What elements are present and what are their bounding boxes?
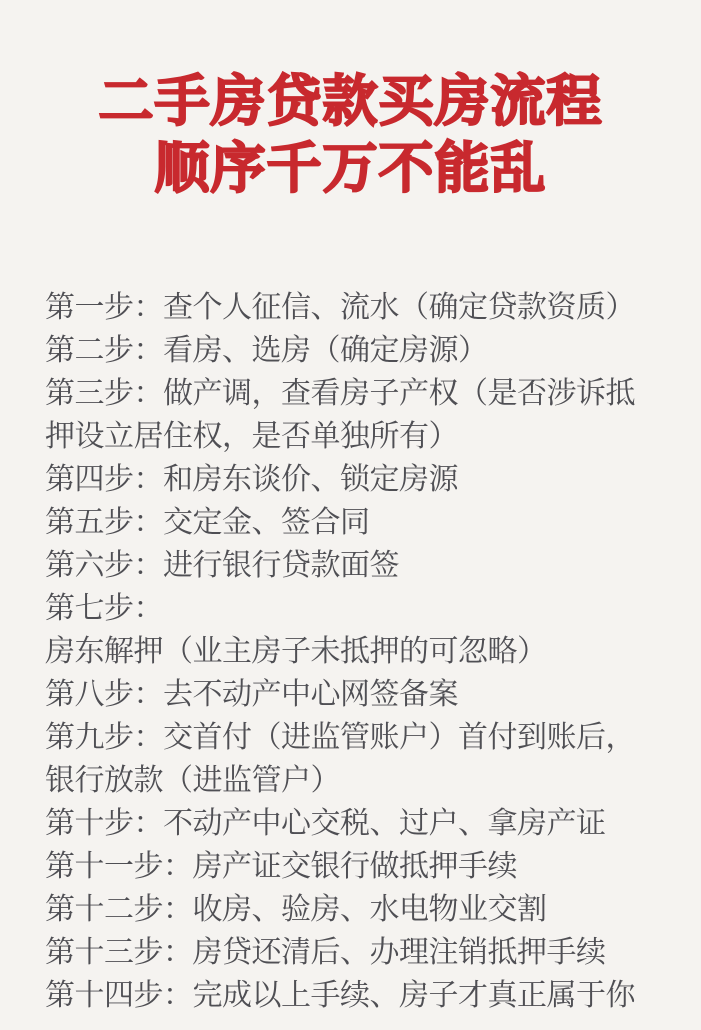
step-item-12: 第十二步：收房、验房、水电物业交割 bbox=[45, 888, 657, 931]
step-label: 第十一步： bbox=[45, 850, 193, 883]
step-item-7: 第七步：房东解押（业主房子未抵押的可忽略） bbox=[45, 587, 657, 673]
step-label: 第十二步： bbox=[45, 893, 193, 926]
step-item-6: 第六步：进行银行贷款面签 bbox=[45, 544, 657, 587]
step-label: 第九步： bbox=[45, 721, 163, 754]
step-text: 和房东谈价、锁定房源 bbox=[163, 463, 458, 496]
step-text: 查个人征信、流水（确定贷款资质） bbox=[163, 291, 635, 324]
step-item-11: 第十一步：房产证交银行做抵押手续 bbox=[45, 845, 657, 888]
step-label: 第十三步： bbox=[45, 936, 193, 969]
step-label: 第六步： bbox=[45, 549, 163, 582]
step-text: 交定金、签合同 bbox=[163, 506, 370, 539]
steps-list: 第一步：查个人征信、流水（确定贷款资质） 第二步：看房、选房（确定房源） 第三步… bbox=[0, 202, 701, 1017]
step-label: 第一步： bbox=[45, 291, 163, 324]
step-text: 完成以上手续、房子才真正属于你 bbox=[193, 979, 636, 1012]
step-item-1: 第一步：查个人征信、流水（确定贷款资质） bbox=[45, 286, 657, 329]
step-text: 房东解押（业主房子未抵押的可忽略） bbox=[45, 635, 547, 668]
step-item-4: 第四步：和房东谈价、锁定房源 bbox=[45, 458, 657, 501]
step-item-13: 第十三步：房贷还清后、办理注销抵押手续 bbox=[45, 931, 657, 974]
step-text: 房产证交银行做抵押手续 bbox=[193, 850, 518, 883]
poster-page: 二手房贷款买房流程 顺序千万不能乱 第一步：查个人征信、流水（确定贷款资质） 第… bbox=[0, 0, 701, 1030]
step-item-8: 第八步：去不动产中心网签备案 bbox=[45, 673, 657, 716]
step-text: 看房、选房（确定房源） bbox=[163, 334, 488, 367]
step-item-3: 第三步：做产调，查看房子产权（是否涉诉抵押设立居住权，是否单独所有） bbox=[45, 372, 657, 458]
step-label: 第十步： bbox=[45, 807, 163, 840]
step-item-2: 第二步：看房、选房（确定房源） bbox=[45, 329, 657, 372]
title-line-2: 顺序千万不能乱 bbox=[0, 135, 701, 202]
step-text: 进行银行贷款面签 bbox=[163, 549, 399, 582]
step-text: 收房、验房、水电物业交割 bbox=[193, 893, 547, 926]
step-text: 去不动产中心网签备案 bbox=[163, 678, 458, 711]
poster-title: 二手房贷款买房流程 顺序千万不能乱 bbox=[0, 0, 701, 202]
step-item-5: 第五步：交定金、签合同 bbox=[45, 501, 657, 544]
step-item-10: 第十步：不动产中心交税、过户、拿房产证 bbox=[45, 802, 657, 845]
step-text: 不动产中心交税、过户、拿房产证 bbox=[163, 807, 606, 840]
step-label: 第四步： bbox=[45, 463, 163, 496]
step-text: 房贷还清后、办理注销抵押手续 bbox=[193, 936, 606, 969]
title-line-1: 二手房贷款买房流程 bbox=[0, 68, 701, 135]
step-item-14: 第十四步：完成以上手续、房子才真正属于你 bbox=[45, 974, 657, 1017]
step-label: 第十四步： bbox=[45, 979, 193, 1012]
step-label: 第二步： bbox=[45, 334, 163, 367]
step-label: 第三步： bbox=[45, 377, 163, 410]
step-label: 第八步： bbox=[45, 678, 163, 711]
step-label: 第七步： bbox=[45, 592, 163, 625]
step-item-9: 第九步：交首付（进监管账户）首付到账后，银行放款（进监管户） bbox=[45, 716, 657, 802]
step-label: 第五步： bbox=[45, 506, 163, 539]
